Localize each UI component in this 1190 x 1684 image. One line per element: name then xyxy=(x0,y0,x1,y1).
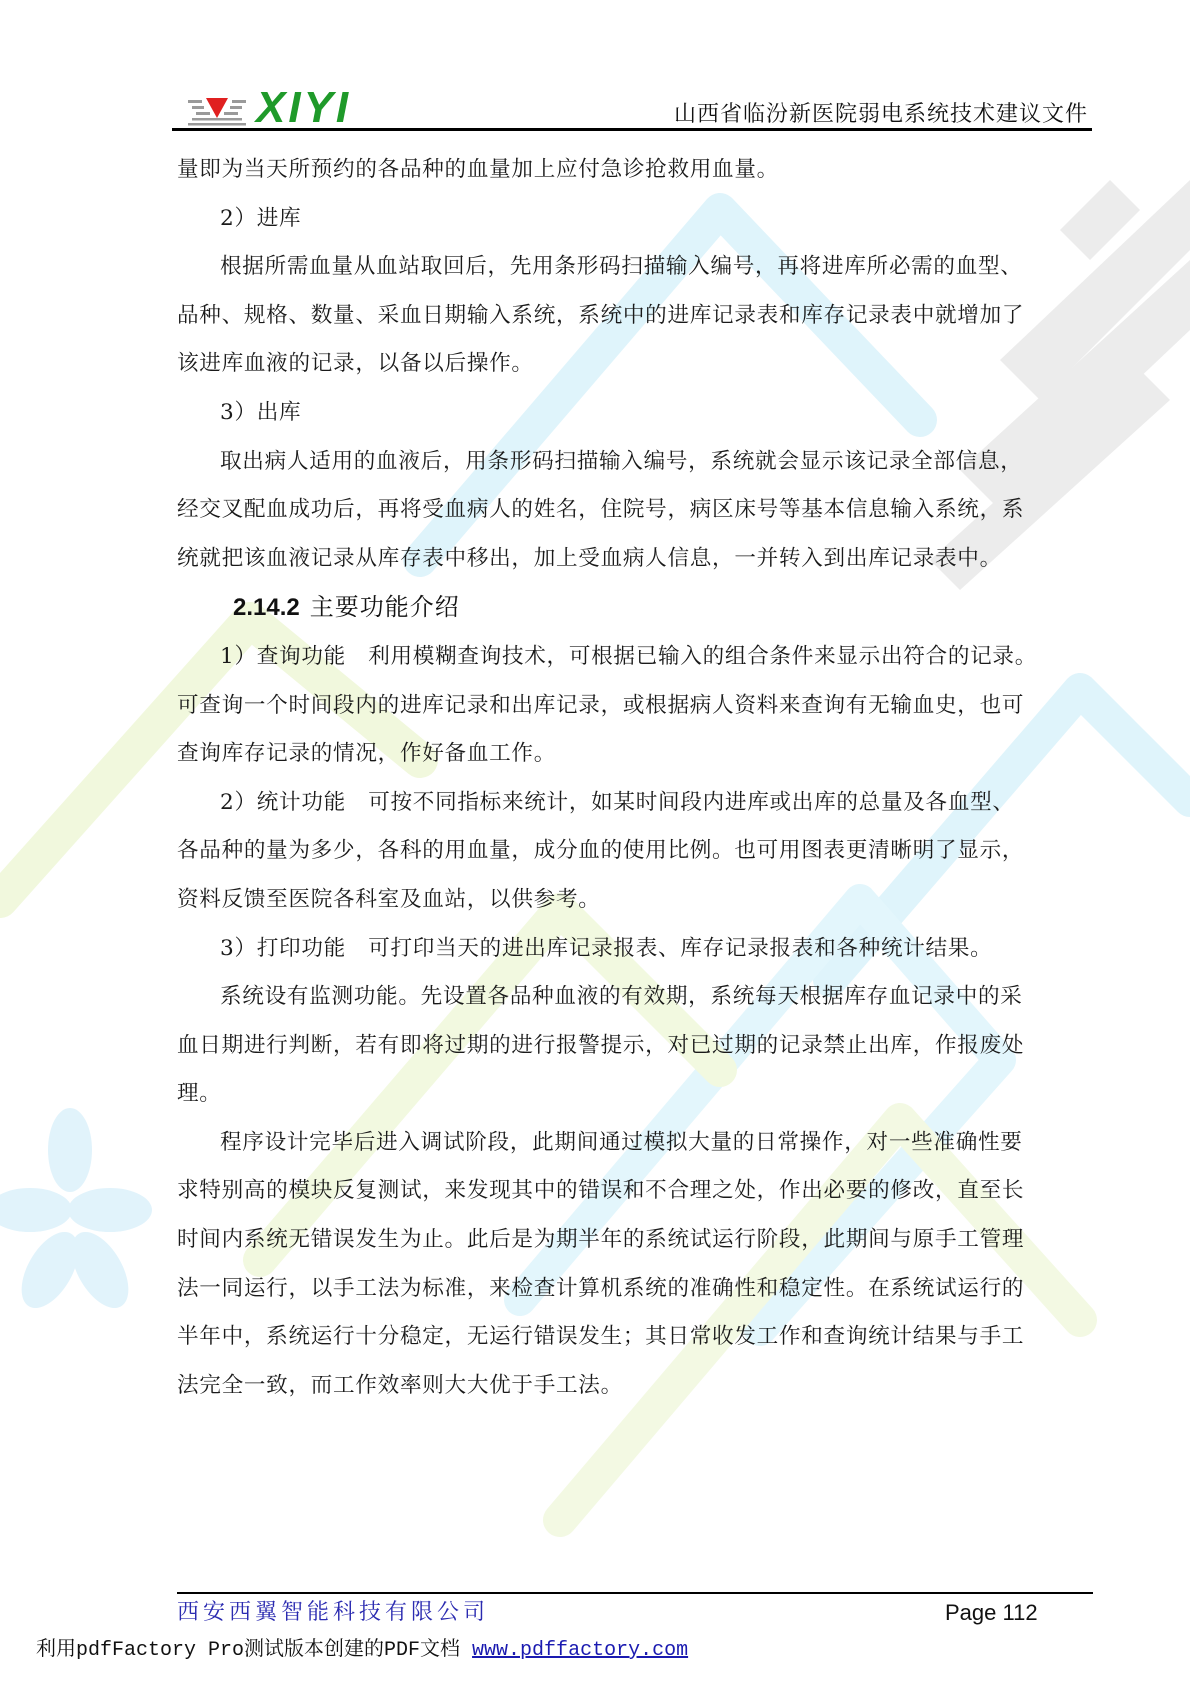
section-title: 主要功能介绍 xyxy=(310,593,460,621)
text-line: 根据所需血量从血站取回后，先用条形码扫描输入编号，再将进库所必需的血型、 xyxy=(177,243,1087,292)
document-body: 量即为当天所预约的各品种的血量加上应付急诊抢救用血量。 2）进库 根据所需血量从… xyxy=(177,146,1087,1410)
text-line: 3）打印功能 可打印当天的进出库记录报表、库存记录报表和各种统计结果。 xyxy=(177,925,1087,974)
text-line: 理。 xyxy=(177,1070,1087,1119)
page-number: Page 112 xyxy=(945,1598,1038,1628)
text-line: 量即为当天所预约的各品种的血量加上应付急诊抢救用血量。 xyxy=(177,146,1087,195)
pdf-creator-note: 利用pdfFactory Pro测试版本创建的PDF文档 www.pdffact… xyxy=(36,1636,688,1666)
section-heading: 2.14.2主要功能介绍 xyxy=(177,583,1087,633)
text-line: 查询库存记录的情况，作好备血工作。 xyxy=(177,730,1087,779)
text-line: 半年中，系统运行十分稳定，无运行错误发生；其日常收发工作和查询统计结果与手工 xyxy=(177,1313,1087,1362)
text-line: 取出病人适用的血液后，用条形码扫描输入编号，系统就会显示该记录全部信息， xyxy=(177,438,1087,487)
company-logo: XIYI xyxy=(172,92,532,130)
text-line: 经交叉配血成功后，再将受血病人的姓名，住院号，病区床号等基本信息输入系统，系 xyxy=(177,486,1087,535)
document-title: 山西省临汾新医院弱电系统技术建议文件 xyxy=(674,102,1088,128)
text-line: 2）统计功能 可按不同指标来统计，如某时间段内进库或出库的总量及各血型、 xyxy=(177,779,1087,828)
text-line: 求特别高的模块反复测试，来发现其中的错误和不合理之处，作出必要的修改，直至长 xyxy=(177,1167,1087,1216)
text-line: 法完全一致，而工作效率则大大优于手工法。 xyxy=(177,1362,1087,1411)
text-line: 1）查询功能 利用模糊查询技术，可根据已输入的组合条件来显示出符合的记录。 xyxy=(177,633,1087,682)
logo-mark-icon xyxy=(186,96,248,128)
text-line: 程序设计完毕后进入调试阶段，此期间通过模拟大量的日常操作，对一些准确性要 xyxy=(177,1119,1087,1168)
pdffactory-link[interactable]: www.pdffactory.com xyxy=(472,1639,688,1662)
text-line: 时间内系统无错误发生为止。此后是为期半年的系统试运行阶段，此期间与原手工管理 xyxy=(177,1216,1087,1265)
text-line: 血日期进行判断，若有即将过期的进行报警提示，对已过期的记录禁止出库，作报废处 xyxy=(177,1022,1087,1071)
text-line: 该进库血液的记录，以备以后操作。 xyxy=(177,340,1087,389)
text-line: 品种、规格、数量、采血日期输入系统，系统中的进库记录表和库存记录表中就增加了 xyxy=(177,292,1087,341)
logo-text: XIYI xyxy=(256,86,351,130)
pdf-note-text: 利用pdfFactory Pro测试版本创建的PDF文档 xyxy=(36,1639,472,1662)
subheading-inbound: 2）进库 xyxy=(177,195,1087,244)
text-line: 各品种的量为多少，各科的用血量，成分血的使用比例。也可用图表更清晰明了显示， xyxy=(177,827,1087,876)
text-line: 可查询一个时间段内的进库记录和出库记录，或根据病人资料来查询有无输血史，也可 xyxy=(177,682,1087,731)
header-divider xyxy=(172,128,1092,131)
text-line: 法一同运行，以手工法为标准，来检查计算机系统的准确性和稳定性。在系统试运行的 xyxy=(177,1265,1087,1314)
page-header: XIYI 山西省临汾新医院弱电系统技术建议文件 xyxy=(172,86,1092,130)
section-number: 2.14.2 xyxy=(233,594,300,621)
footer-company: 西安西翼智能科技有限公司 xyxy=(177,1598,489,1628)
text-line: 统就把该血液记录从库存表中移出，加上受血病人信息，一并转入到出库记录表中。 xyxy=(177,535,1087,584)
text-line: 资料反馈至医院各科室及血站，以供参考。 xyxy=(177,876,1087,925)
subheading-outbound: 3）出库 xyxy=(177,389,1087,438)
footer-divider xyxy=(177,1592,1093,1594)
text-line: 系统设有监测功能。先设置各品种血液的有效期，系统每天根据库存血记录中的采 xyxy=(177,973,1087,1022)
